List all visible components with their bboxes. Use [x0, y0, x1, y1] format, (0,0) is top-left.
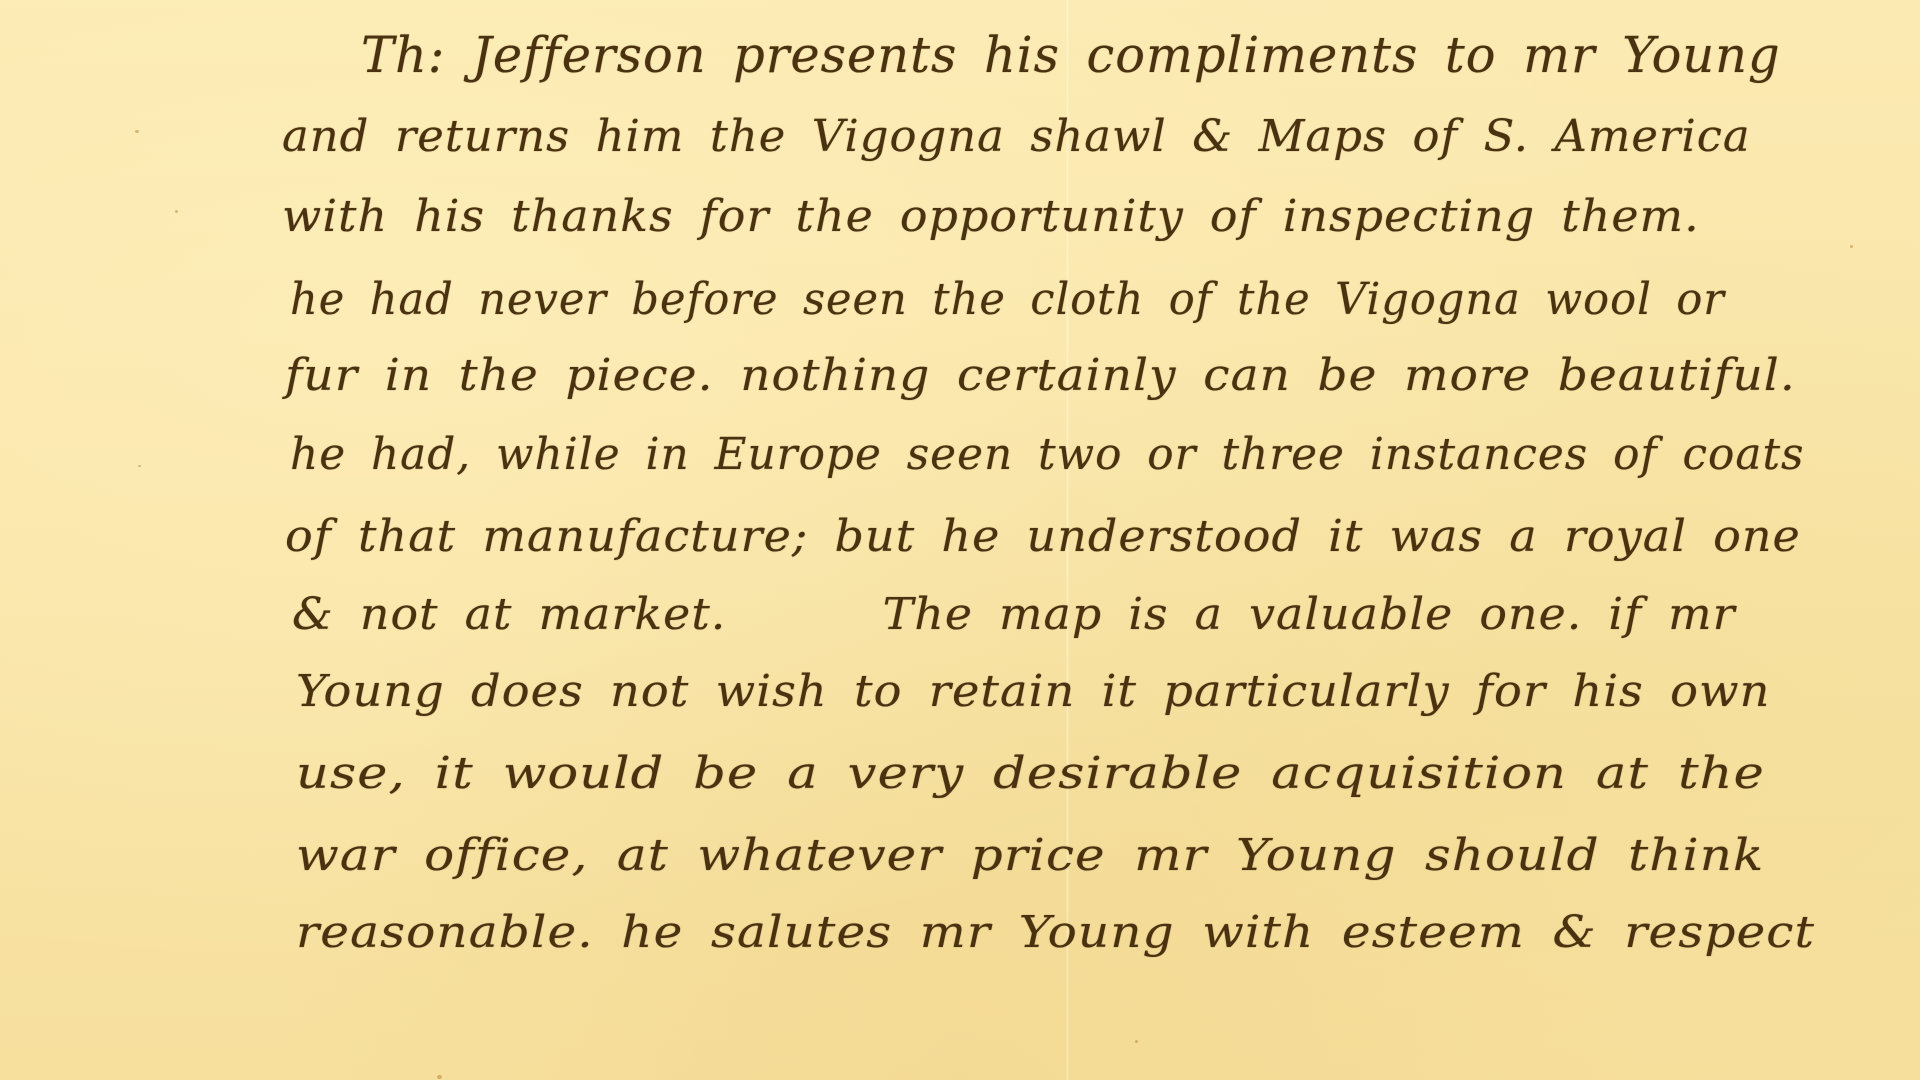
letter-line-4: he had never before seen the cloth of th… — [290, 278, 1725, 322]
letter-line-1: Th: Jefferson presents his compliments t… — [361, 30, 1781, 80]
letter-line-12: reasonable. he salutes mr Young with est… — [296, 911, 1815, 955]
letter-line-11: war office, at whatever price mr Young s… — [296, 834, 1764, 878]
letter-line-7: of that manufacture; but he understood i… — [285, 515, 1801, 559]
letter-line-2: and returns him the Vigogna shawl & Maps… — [282, 115, 1751, 159]
letter-line-3: with his thanks for the opportunity of i… — [282, 195, 1700, 239]
letter-line-5: fur in the piece. nothing certainly can … — [285, 354, 1796, 398]
letter-line-8: & not at market. The map is a valuable o… — [292, 593, 1736, 637]
letter-line-9: Young does not wish to retain it particu… — [296, 670, 1770, 714]
letter-line-10: use, it would be a very desirable acquis… — [296, 752, 1765, 796]
handwritten-letter: Th: Jefferson presents his compliments t… — [0, 0, 1920, 1080]
letter-line-6: he had, while in Europe seen two or thre… — [290, 433, 1805, 477]
